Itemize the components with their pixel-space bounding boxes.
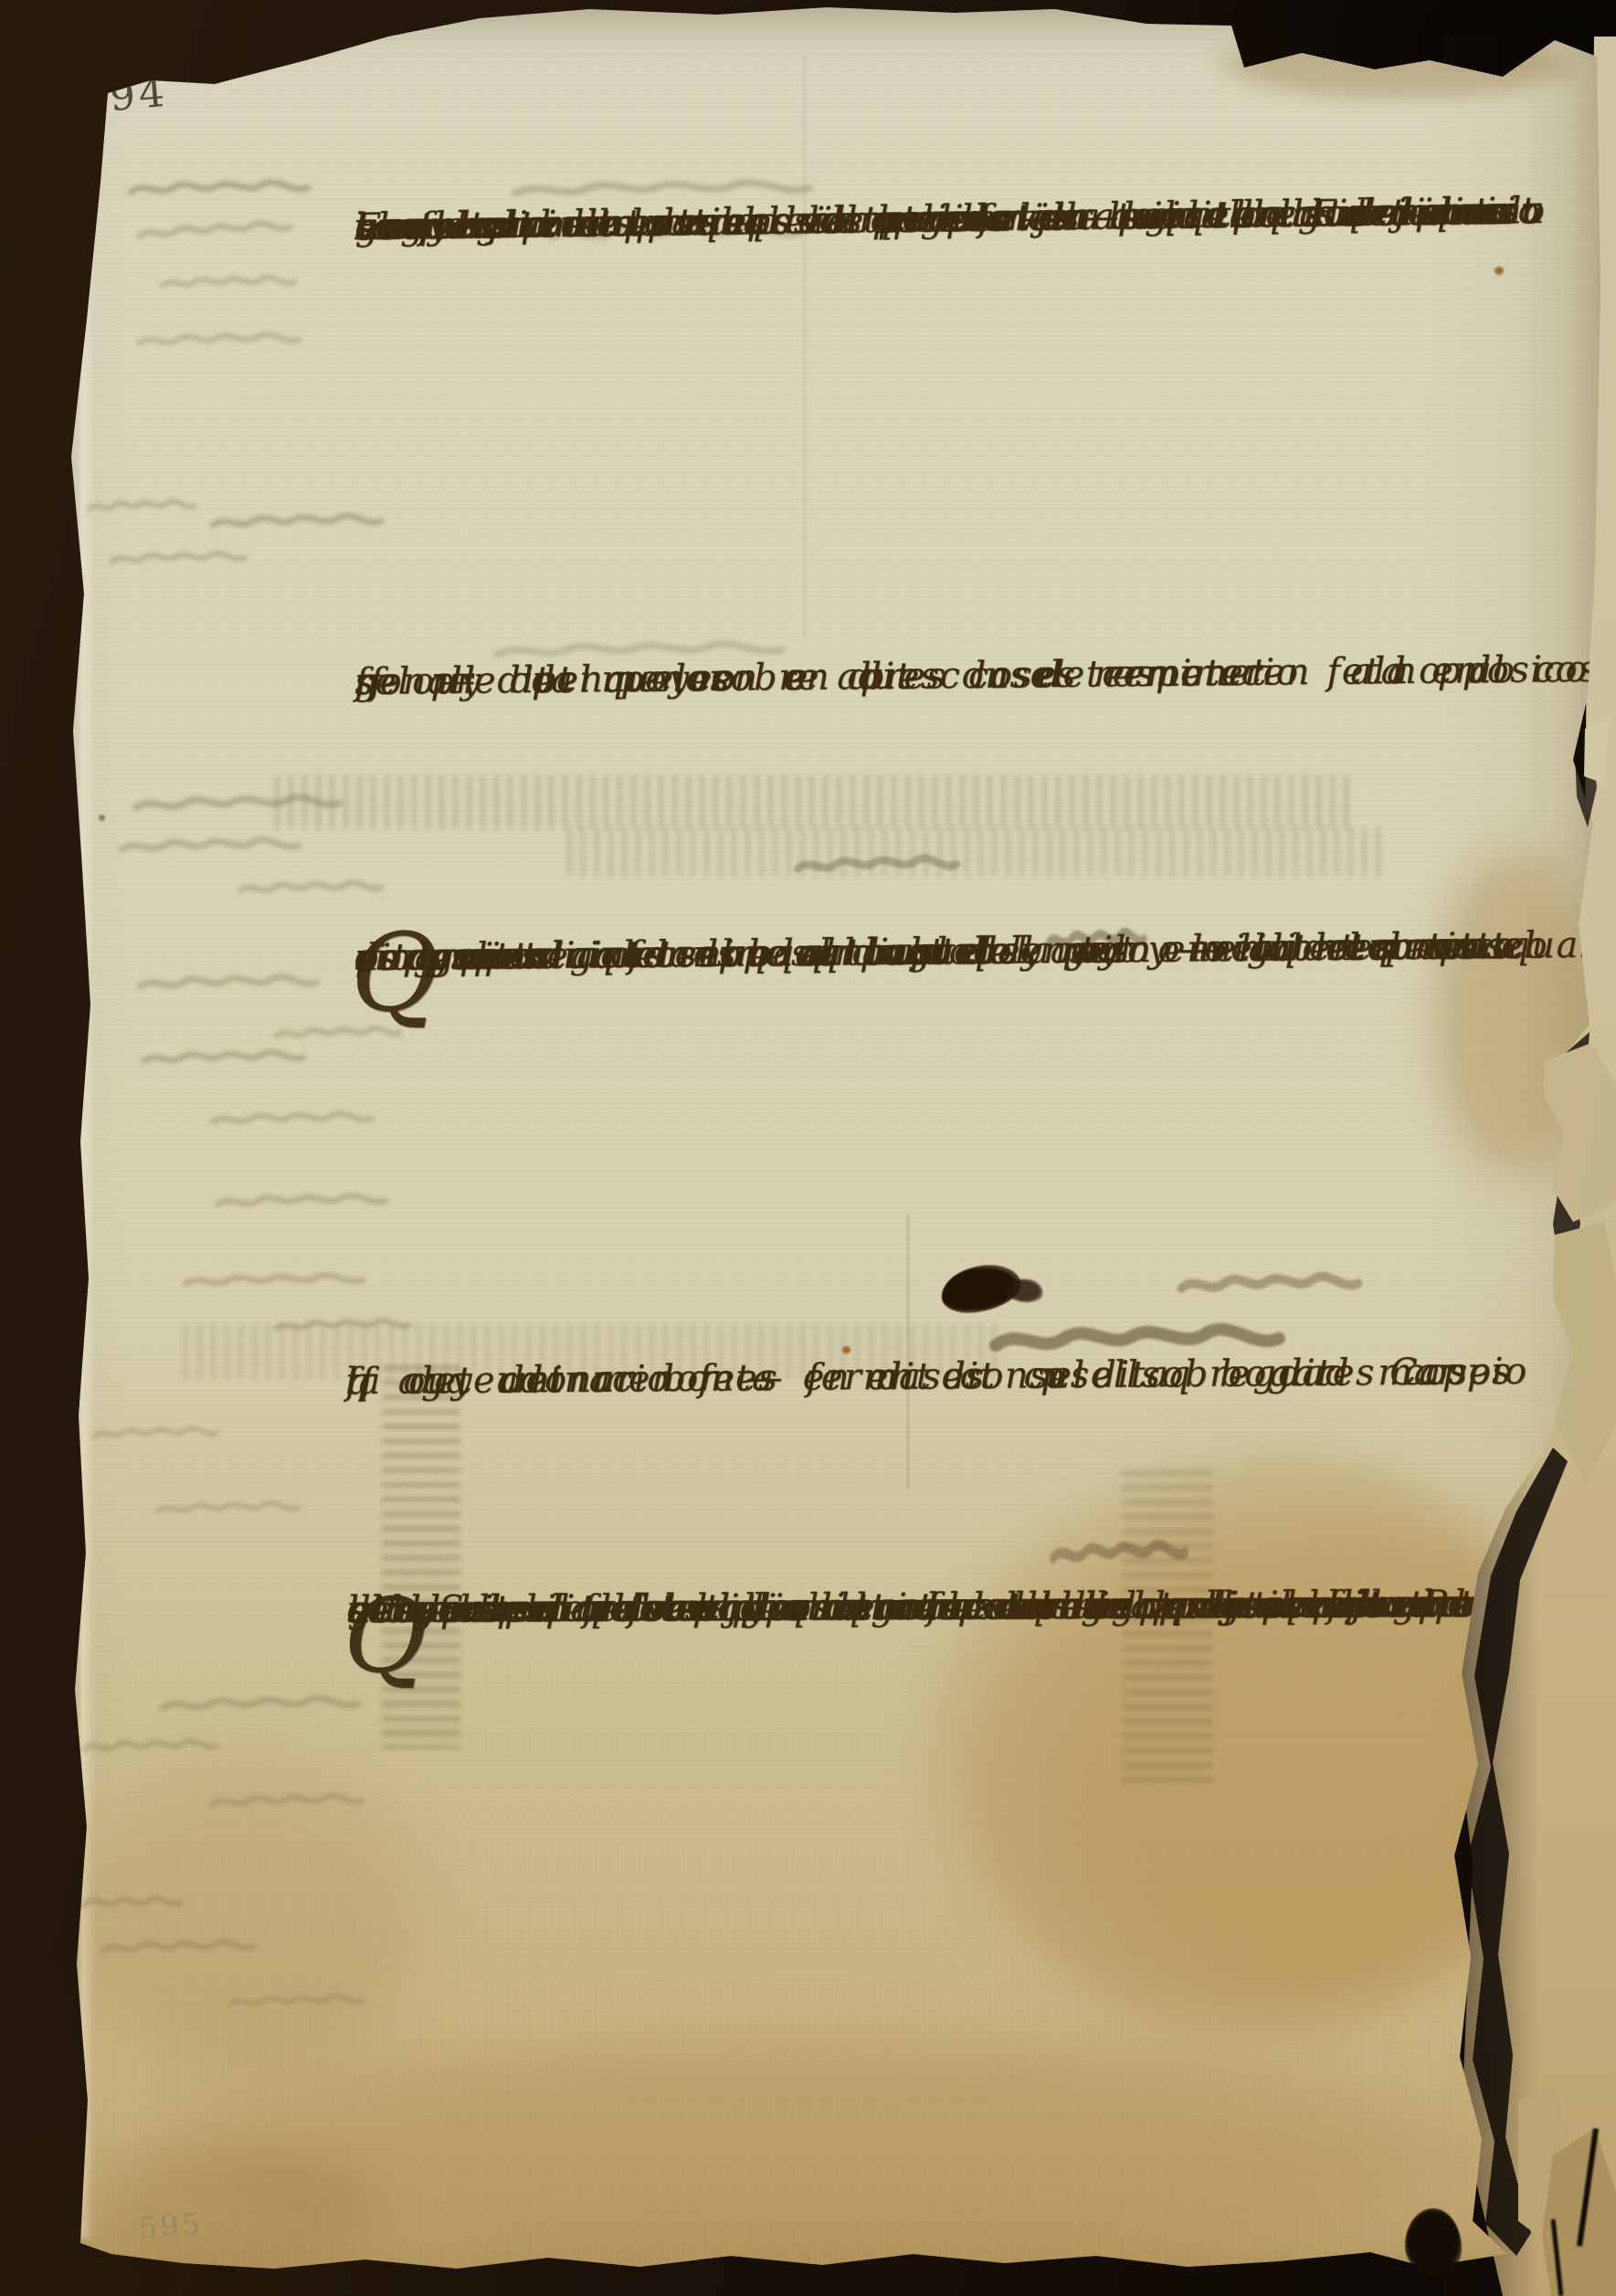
bleed-through-smudge [87,498,196,516]
bleed-through-band [274,774,1352,829]
bleed-through-smudge [119,836,301,858]
manuscript-line: genall del poyeo [354,658,737,707]
manuscript-line: q aga adonar bones fermases p dita guad … [345,1351,1456,1408]
bleed-through-smudge [160,1694,361,1716]
folio-number-top: 594 [79,69,170,123]
manuscript-page: 594 595 semblant — ndo era punida dla vi… [0,0,1616,2296]
manuscript-line: no volien cosel en antel [354,931,993,984]
bleed-through-smudge [82,1737,219,1757]
bleed-through-smudge [512,178,813,202]
bleed-through-smudge [100,1938,256,1958]
bleed-through-smudge [142,1048,306,1069]
bleed-through-band [566,827,1389,877]
bleed-through-smudge [91,1425,219,1443]
bleed-through-smudge [210,511,384,533]
bleed-through-smudge [155,1500,301,1518]
paper-crease [804,55,806,639]
bleed-through-smudge [215,1192,388,1212]
bleed-through-smudge [137,331,301,351]
folio-number-bottom: 595 [138,2206,205,2246]
bleed-through-smudge [55,1895,183,1913]
corner-stain [73,2137,384,2292]
rust-spot [1495,267,1504,275]
manuscript-photo: 594 595 semblant — ndo era punida dla vi… [0,0,1616,2296]
manuscript-line: senyer en fereter diu q no es obligat em… [347,1583,1570,1635]
ink-speck [99,815,105,821]
marginal-scribble [1178,1271,1361,1299]
bleed-through-smudge [128,178,311,200]
bleed-through-smudge [210,1792,365,1812]
bleed-through-smudge [110,550,247,568]
bleed-through-smudge [137,973,320,995]
bleed-through-smudge [183,1271,365,1291]
bleed-through-smudge [160,274,297,292]
bleed-through-smudge [228,1993,365,2011]
bleed-through-smudge [238,879,384,899]
bleed-through-smudge [210,1110,375,1130]
